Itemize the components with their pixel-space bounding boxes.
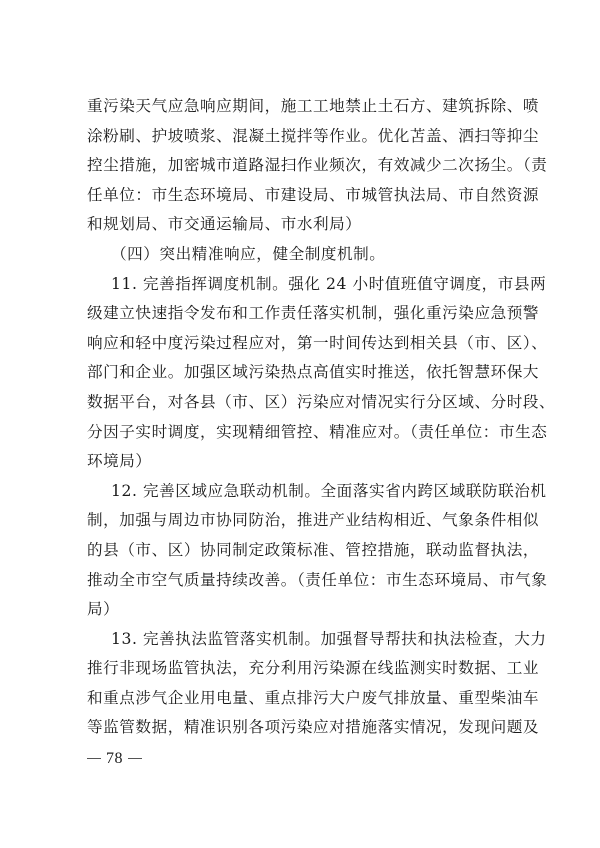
text-line: 部门和企业。加强区域污染热点高值实时推送，依托智慧环保大: [87, 358, 521, 388]
text-line: 制，加强与周边市协同防治，推进产业结构相近、气象条件相似: [87, 506, 521, 536]
text-line: 的县（市、区）协同制定政策标准、管控措施，联动监督执法，: [87, 536, 521, 566]
text-line: 分因子实时调度，实现精细管控、精准应对。（责任单位：市生态: [87, 418, 521, 448]
text-line: 11. 完善指挥调度机制。强化 24 小时值班值守调度，市县两: [87, 270, 521, 300]
paragraph-item-13: 13. 完善执法监管落实机制。加强督导帮扶和执法检查，大力 推行非现场监管执法，…: [87, 625, 521, 743]
text-line: 响应和轻中度污染过程应对，第一时间传达到相关县（市、区）、: [87, 329, 521, 359]
paragraph-item-11: 11. 完善指挥调度机制。强化 24 小时值班值守调度，市县两 级建立快速指令发…: [87, 270, 521, 477]
dash-right: [128, 758, 142, 760]
paragraph-dust-control: 重污染天气应急响应期间，施工工地禁止土石方、建筑拆除、喷 涂粉刷、护坡喷浆、混凝…: [87, 92, 521, 240]
section-heading-text: （四）突出精准响应，健全制度机制。: [87, 240, 521, 270]
page-footer: 78: [87, 750, 147, 768]
text-line: 和规划局、市交通运输局、市水利局）: [87, 210, 521, 240]
text-line: 推动全市空气质量持续改善。（责任单位：市生态环境局、市气象: [87, 566, 521, 596]
text-line: 13. 完善执法监管落实机制。加强督导帮扶和执法检查，大力: [87, 625, 521, 655]
dash-left: [87, 758, 101, 760]
text-line: 和重点涉气企业用电量、重点排污大户废气排放量、重型柴油车: [87, 684, 521, 714]
text-line: 推行非现场监管执法，充分利用污染源在线监测实时数据、工业: [87, 654, 521, 684]
text-line: 数据平台，对各县（市、区）污染应对情况实行分区域、分时段、: [87, 388, 521, 418]
text-line: 等监管数据，精准识别各项污染应对措施落实情况，发现问题及: [87, 713, 521, 743]
text-line: 重污染天气应急响应期间，施工工地禁止土石方、建筑拆除、喷: [87, 92, 521, 122]
paragraph-item-12: 12. 完善区域应急联动机制。全面落实省内跨区域联防联治机 制，加强与周边市协同…: [87, 477, 521, 625]
text-line: 涂粉刷、护坡喷浆、混凝土搅拌等作业。优化苫盖、洒扫等抑尘: [87, 122, 521, 152]
text-line: 局）: [87, 595, 521, 625]
text-line: 控尘措施，加密城市道路湿扫作业频次，有效减少二次扬尘。（责: [87, 151, 521, 181]
text-line: 12. 完善区域应急联动机制。全面落实省内跨区域联防联治机: [87, 477, 521, 507]
page-number: 78: [106, 750, 123, 767]
text-line: 任单位：市生态环境局、市建设局、市城管执法局、市自然资源: [87, 181, 521, 211]
text-line: 级建立快速指令发布和工作责任落实机制，强化重污染应急预警: [87, 299, 521, 329]
document-page: 重污染天气应急响应期间，施工工地禁止土石方、建筑拆除、喷 涂粉刷、护坡喷浆、混凝…: [87, 92, 521, 743]
text-line: 环境局）: [87, 447, 521, 477]
section-heading: （四）突出精准响应，健全制度机制。: [87, 240, 521, 270]
